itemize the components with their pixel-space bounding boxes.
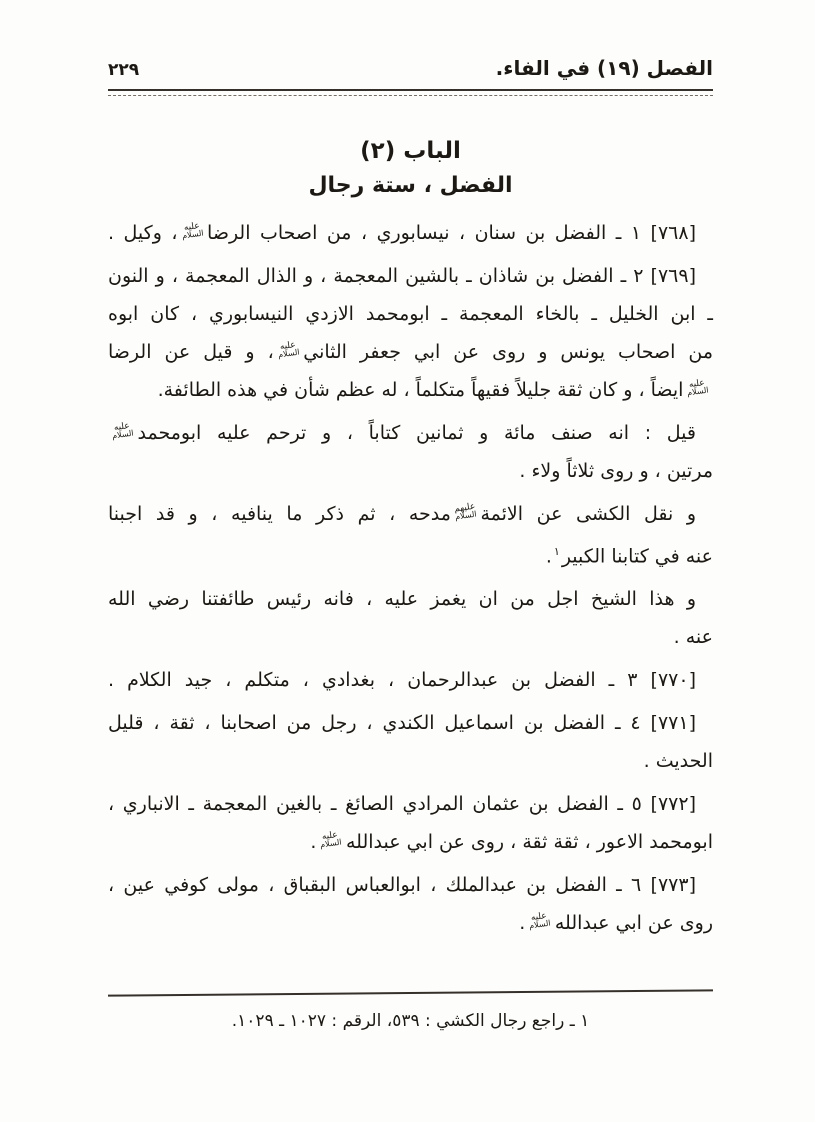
text-line: [٧٦٨] ١ ـ الفضل بن سنان ، نيسابوري ، من … [108, 214, 713, 252]
body-text: [٧٦٨] ١ ـ الفضل بن سنان ، نيسابوري ، من … [108, 214, 713, 942]
honorific-alayhis-salam-icon: عليهالسلام [276, 340, 300, 359]
entry-text: [٧٦٨] ١ ـ الفضل بن سنان ، نيسابوري ، من … [207, 222, 696, 244]
text-line: الحديث . [108, 742, 713, 780]
entry-text: . [310, 831, 316, 853]
entry-773: [٧٧٣] ٦ ـ الفضل بن عبدالملك ، ابوالعباس … [108, 866, 713, 942]
text-line: [٧٧٣] ٦ ـ الفضل بن عبدالملك ، ابوالعباس … [108, 866, 713, 904]
entry-769: [٧٦٩] ٢ ـ الفضل بن شاذان ـ بالشين المعجم… [108, 257, 713, 409]
text-line: ـ ابن الخليل ـ بالخاء المعجمة ـ ابومحمد … [108, 295, 713, 333]
entry-768: [٧٦٨] ١ ـ الفضل بن سنان ، نيسابوري ، من … [108, 214, 713, 252]
entry-770: [٧٧٠] ٣ ـ الفضل بن عبدالرحمان ، بغدادي ،… [108, 661, 713, 699]
paragraph-sheikh: و هذا الشيخ اجل من ان يغمز عليه ، فانه ر… [108, 580, 713, 656]
entry-text: عنه في كتابنا الكبير [562, 545, 713, 567]
entry-text: مدحه ، ثم ذكر ما ينافيه ، و قد اجبنا [108, 503, 451, 525]
text-line: عليهالسلامايضاً ، و كان ثقة جليلاً فقيها… [108, 371, 713, 409]
text-line: [٧٦٩] ٢ ـ الفضل بن شاذان ـ بالشين المعجم… [108, 257, 713, 295]
text-line: مرتين ، و روى ثلاثاً ولاء . [108, 452, 713, 490]
entry-text: . [519, 912, 525, 934]
entry-text: ، وكيل . [108, 222, 178, 244]
entry-text: من اصحاب يونس و روى عن ابي جعفر الثاني [303, 341, 713, 363]
text-line: [٧٧٢] ٥ ـ الفضل بن عثمان المرادي الصائغ … [108, 785, 713, 823]
text-line: من اصحاب يونس و روى عن ابي جعفر الثانيعل… [108, 333, 713, 371]
honorific-alayhis-salam-icon: عليهالسلام [111, 421, 135, 440]
entry-771: [٧٧١] ٤ ـ الفضل بن اسماعيل الكندي ، رجل … [108, 704, 713, 780]
text-line: [٧٧١] ٤ ـ الفضل بن اسماعيل الكندي ، رجل … [108, 704, 713, 742]
footnote-text: ١ ـ راجع رجال الكشي : ٥٣٩، الرقم : ١٠٢٧ … [108, 1008, 713, 1034]
section-subtitle: الفضل ، ستة رجال [108, 173, 713, 198]
chapter-heading: الفصل (١٩) في الفاء. [496, 56, 713, 80]
entry-text: و نقل الكشى عن الائمة [480, 503, 696, 525]
entry-text: ، و قيل عن الرضا [108, 341, 274, 363]
text-line: عنه في كتابنا الكبير١. [108, 533, 713, 575]
entry-text: قيل : انه صنف مائة و ثمانين كتاباً ، و ت… [138, 422, 696, 444]
text-line: و هذا الشيخ اجل من ان يغمز عليه ، فانه ر… [108, 580, 713, 618]
section-title: الباب (٢) [108, 138, 713, 164]
text-line: و نقل الكشى عن الائمةعليهمالسلاممدحه ، ث… [108, 495, 713, 533]
entry-text: ايضاً ، و كان ثقة جليلاً فقيهاً متكلماً … [158, 379, 684, 401]
text-line: ابومحمد الاعور ، ثقة ثقة ، روى عن ابي عب… [108, 823, 713, 861]
honorific-alayhis-salam-icon: عليهالسلام [528, 911, 552, 930]
entry-text: ابومحمد الاعور ، ثقة ثقة ، روى عن ابي عب… [346, 831, 713, 853]
paragraph-qil: قيل : انه صنف مائة و ثمانين كتاباً ، و ت… [108, 414, 713, 490]
entry-772: [٧٧٢] ٥ ـ الفضل بن عثمان المرادي الصائغ … [108, 785, 713, 861]
text-line: [٧٧٠] ٣ ـ الفضل بن عبدالرحمان ، بغدادي ،… [108, 661, 713, 699]
running-header: الفصل (١٩) في الفاء. ٢٢٩ [108, 0, 713, 80]
honorific-alayhis-salam-icon: عليهالسلام [319, 830, 343, 849]
book-page: الفصل (١٩) في الفاء. ٢٢٩ الباب (٢) الفضل… [0, 0, 815, 1122]
footnote-marker: ١ [554, 545, 560, 558]
honorific-alayhis-salam-icon: عليهالسلام [180, 221, 204, 240]
text-line: روى عن ابي عبداللهعليهالسلام. [108, 904, 713, 942]
text-line: قيل : انه صنف مائة و ثمانين كتاباً ، و ت… [108, 414, 713, 452]
entry-text: روى عن ابي عبدالله [555, 912, 713, 934]
footnote-divider [108, 989, 713, 996]
honorific-alayhim-salam-icon: عليهمالسلام [453, 502, 477, 521]
entry-text: . [546, 545, 552, 567]
text-line: عنه . [108, 618, 713, 656]
header-rule-solid [108, 89, 713, 91]
header-rule-dashed [108, 95, 713, 96]
page-number: ٢٢٩ [108, 60, 139, 80]
footnote-area: ١ ـ راجع رجال الكشي : ٥٣٩، الرقم : ١٠٢٧ … [108, 992, 713, 1034]
paragraph-naql-kashshi: و نقل الكشى عن الائمةعليهمالسلاممدحه ، ث… [108, 495, 713, 575]
honorific-alayhis-salam-icon: عليهالسلام [686, 378, 710, 397]
